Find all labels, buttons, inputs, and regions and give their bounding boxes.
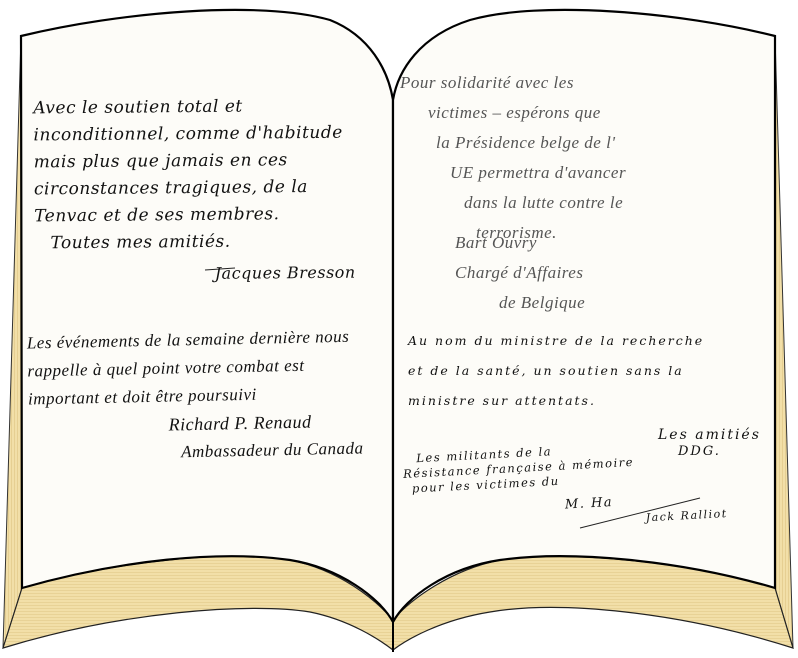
- entry-line: et de la santé, un soutien sans la: [408, 356, 761, 386]
- entry-line: Pour solidarité avec les: [400, 68, 626, 98]
- signature: Jacques Bresson: [35, 259, 356, 289]
- entry-line: Toutes mes amitiés.: [34, 228, 355, 258]
- entry-line: ministre sur attentats.: [408, 386, 761, 416]
- right-page-edge: [775, 36, 793, 648]
- entry-line: circonstances tragiques, de la: [34, 174, 355, 204]
- entry-line: inconditionnel, comme d'habitude: [33, 120, 354, 150]
- entry-line: dans la lutte contre le: [400, 188, 626, 218]
- entry-line: mais plus que jamais en ces: [34, 147, 355, 177]
- left-page-edge: [3, 36, 22, 648]
- signature: Bart Ouvry: [455, 228, 585, 258]
- guestbook-entry-solidarity: Pour solidarité avec les victimes – espé…: [400, 68, 626, 248]
- guestbook-entry-resistance: Les militants de la Résistance française…: [402, 435, 728, 538]
- guestbook-entry-ouvry: Bart Ouvry Chargé d'Affaires de Belgique: [455, 228, 585, 318]
- signature-title: Chargé d'Affaires: [455, 258, 585, 288]
- entry-line: UE permettra d'avancer: [400, 158, 626, 188]
- entry-line: victimes – espérons que: [400, 98, 626, 128]
- entry-line: Tenvac et de ses membres.: [34, 201, 355, 231]
- guestbook-entry-bresson: Avec le soutien total et inconditionnel,…: [33, 93, 356, 289]
- entry-line: Avec le soutien total et: [33, 93, 354, 123]
- guestbook-entry-renaud: Les événements de la semaine dernière no…: [27, 323, 364, 470]
- entry-line: la Présidence belge de l': [400, 128, 626, 158]
- signature-title: de Belgique: [455, 288, 585, 318]
- entry-line: Au nom du ministre de la recherche: [408, 326, 761, 356]
